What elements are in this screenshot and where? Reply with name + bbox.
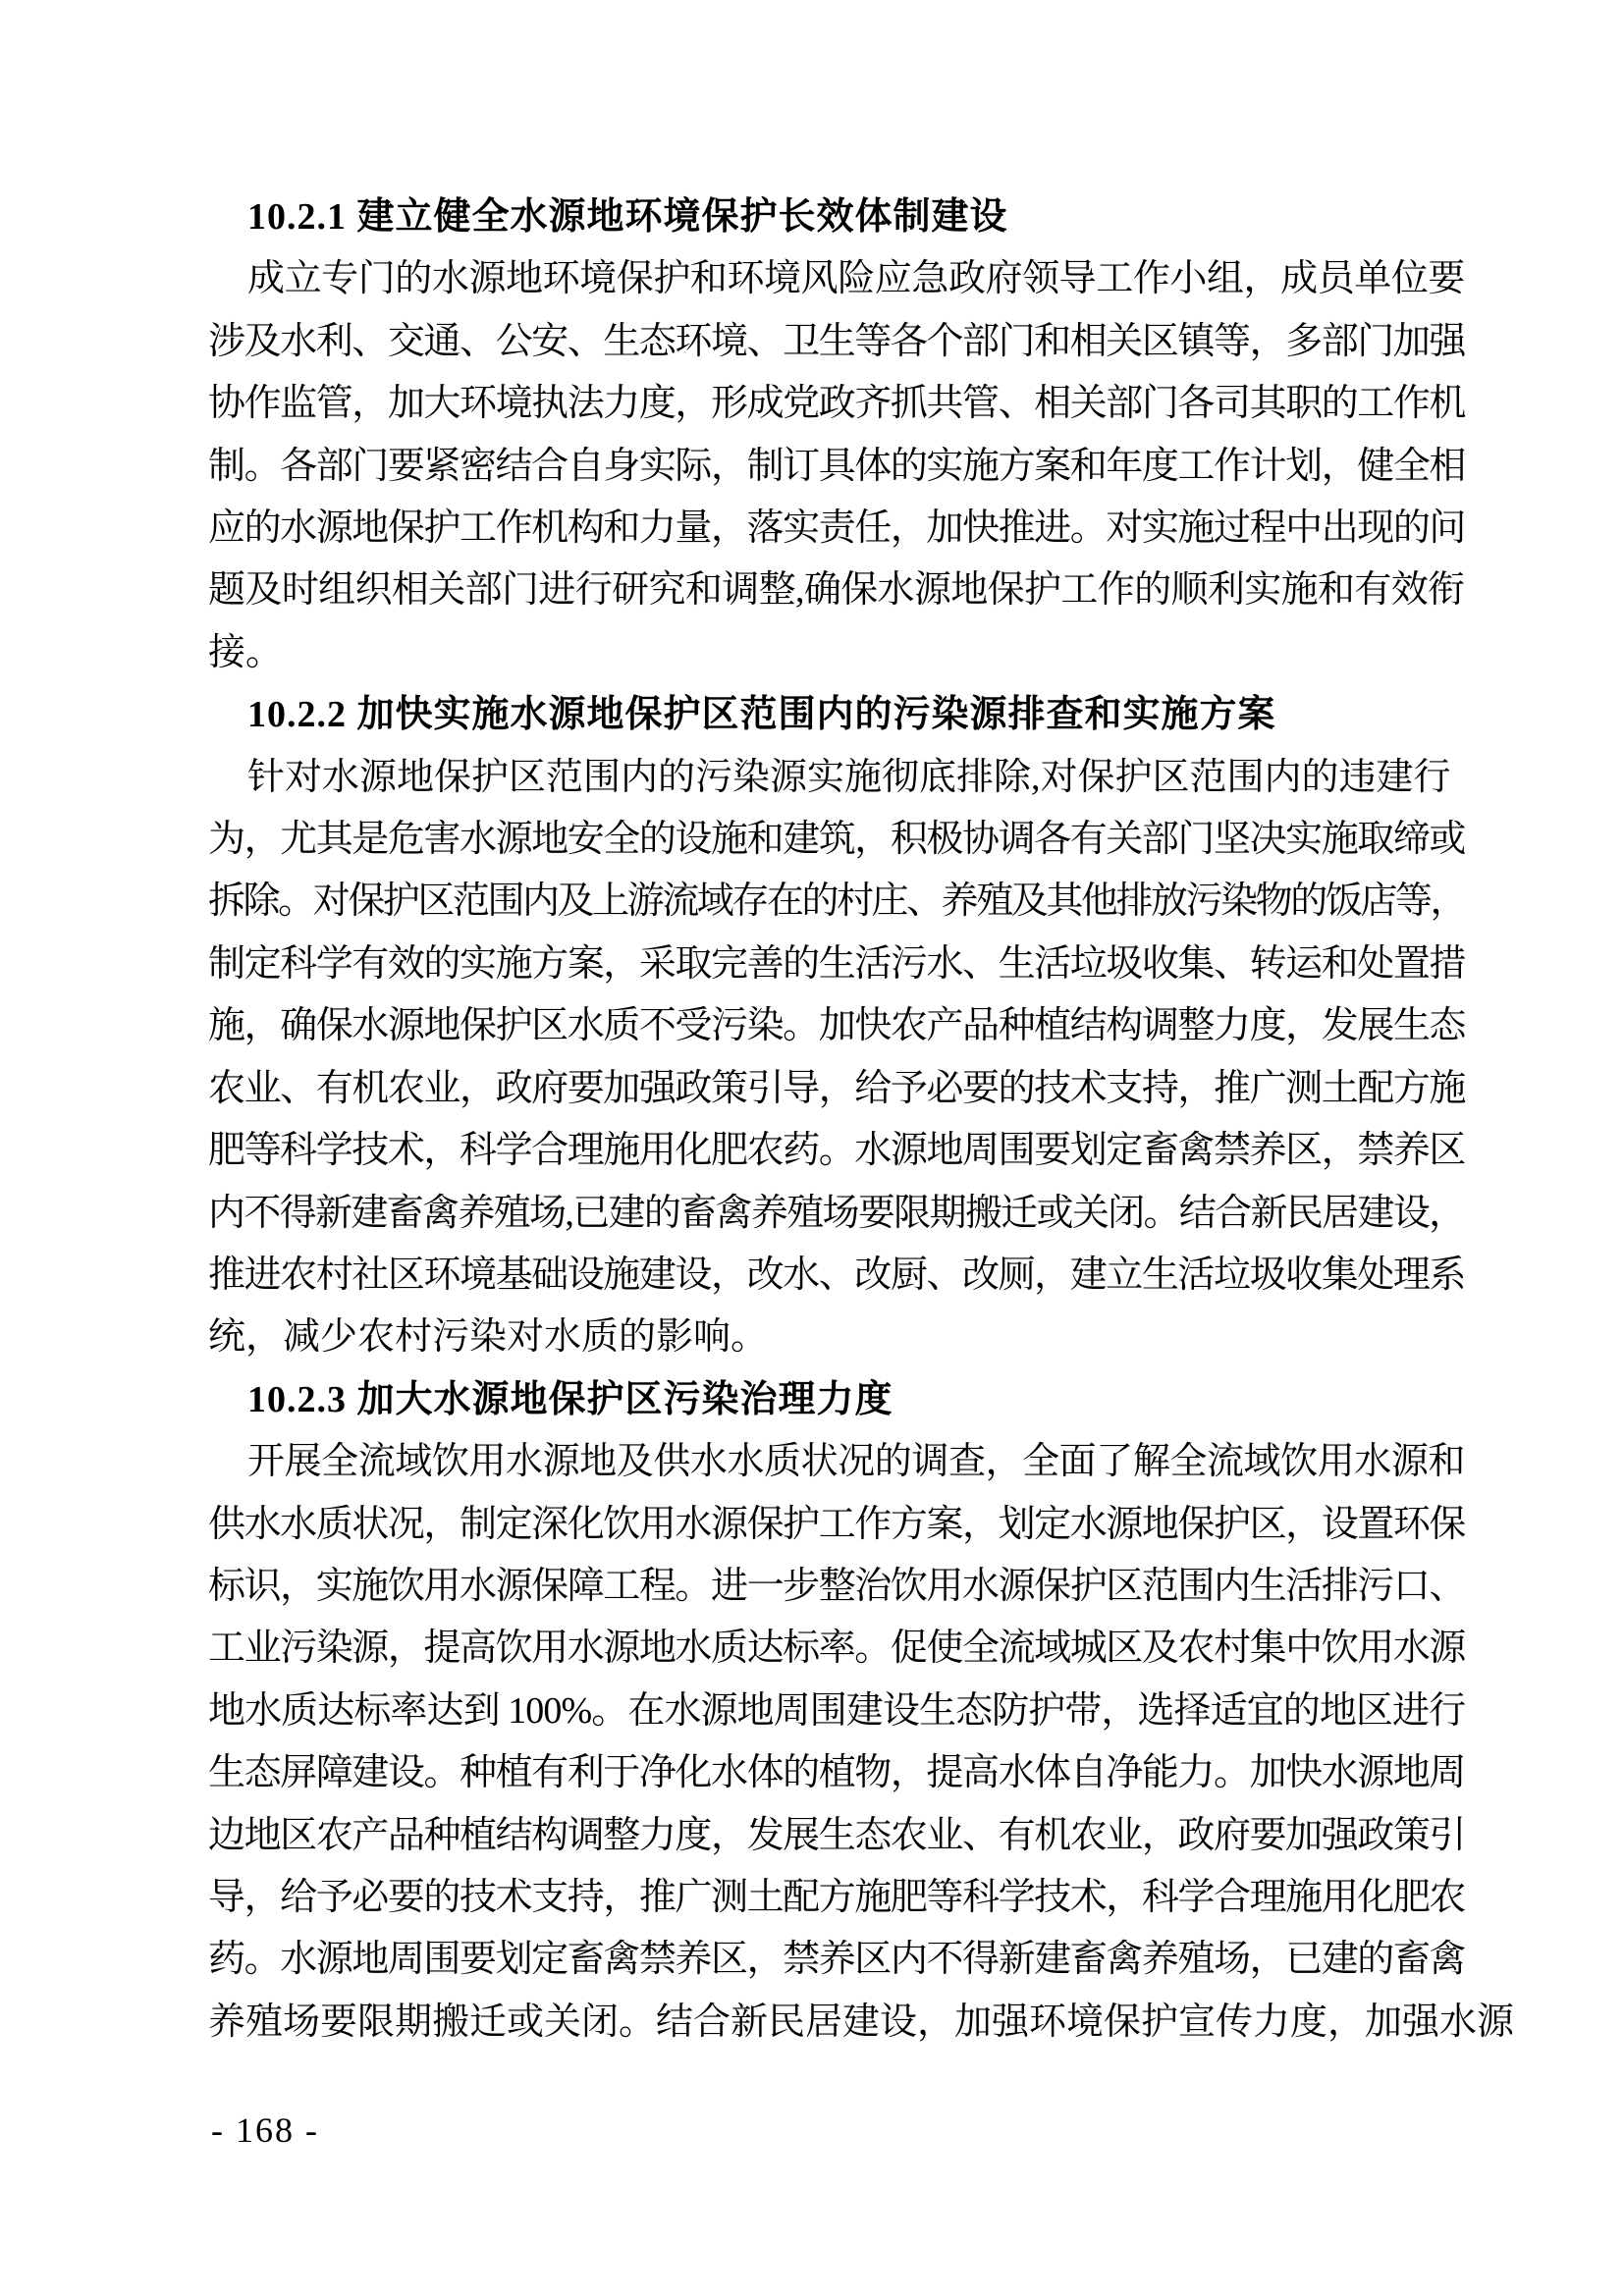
page-number: - 168 -	[211, 2109, 319, 2152]
paragraph-line: 药。水源地周围要划定畜禽禁养区，禁养区内不得新建畜禽养殖场，已建的畜禽	[208, 1929, 1465, 1991]
section: 10.2.2 加快实施水源地保护区范围内的污染源排查和实施方案 针对水源地保护区…	[208, 684, 1465, 1368]
paragraph-line: 标识，实施饮用水源保障工程。进一步整治饮用水源保护区范围内生活排污口、	[208, 1556, 1465, 1618]
paragraph-line: 制。各部门要紧密结合自身实际，制订具体的实施方案和年度工作计划，健全相	[208, 436, 1465, 498]
paragraph-line: 边地区农产品种植结构调整力度，发展生态农业、有机农业，政府要加强政策引	[208, 1805, 1465, 1867]
paragraph-line: 供水水质状况，制定深化饮用水源保护工作方案，划定水源地保护区，设置环保	[208, 1494, 1465, 1556]
section: 10.2.3 加大水源地保护区污染治理力度 开展全流域饮用水源地及供水水质状况的…	[208, 1369, 1465, 2054]
section: 10.2.1 建立健全水源地环境保护长效体制建设 成立专门的水源地环境保护和环境…	[208, 187, 1465, 684]
paragraph-line: 拆除。对保护区范围内及上游流域存在的村庄、养殖及其他排放污染物的饭店等，	[208, 871, 1465, 933]
section-heading: 10.2.3 加大水源地保护区污染治理力度	[208, 1369, 1465, 1431]
paragraph-line: 应的水源地保护工作机构和力量，落实责任，加快推进。对实施过程中出现的问	[208, 498, 1465, 560]
section-lines: 针对水源地保护区范围内的污染源实施彻底排除,对保护区范围内的违建行为，尤其是危害…	[208, 747, 1465, 1369]
paragraph-line: 开展全流域饮用水源地及供水水质状况的调查，全面了解全流域饮用水源和	[208, 1431, 1465, 1493]
section-lines: 开展全流域饮用水源地及供水水质状况的调查，全面了解全流域饮用水源和供水水质状况，…	[208, 1431, 1465, 2054]
paragraph-line: 导，给予必要的技术支持，推广测土配方施肥等科学技术，科学合理施用化肥农	[208, 1867, 1465, 1929]
paragraph-line: 接。	[208, 622, 1465, 684]
section-heading: 10.2.2 加快实施水源地保护区范围内的污染源排查和实施方案	[208, 684, 1465, 746]
paragraph-line: 针对水源地保护区范围内的污染源实施彻底排除,对保护区范围内的违建行	[208, 747, 1465, 809]
paragraph-line: 统，减少农村污染对水质的影响。	[208, 1307, 1465, 1368]
paragraph-line: 制定科学有效的实施方案，采取完善的生活污水、生活垃圾收集、转运和处置措	[208, 934, 1465, 995]
paragraph-line: 题及时组织相关部门进行研究和调整,确保水源地保护工作的顺利实施和有效衔	[208, 560, 1465, 621]
paragraph-line: 生态屏障建设。种植有利于净化水体的植物，提高水体自净能力。加快水源地周	[208, 1742, 1465, 1804]
paragraph-line: 工业污染源，提高饮用水源地水质达标率。促使全流域城区及农村集中饮用水源	[208, 1618, 1465, 1680]
paragraph-line: 施，确保水源地保护区水质不受污染。加快农产品种植结构调整力度，发展生态	[208, 995, 1465, 1057]
paragraph-line: 内不得新建畜禽养殖场,已建的畜禽养殖场要限期搬迁或关闭。结合新民居建设，	[208, 1183, 1465, 1245]
paragraph-line: 推进农村社区环境基础设施建设，改水、改厨、改厕，建立生活垃圾收集处理系	[208, 1245, 1465, 1307]
paragraph-line: 地水质达标率达到 100%。在水源地周围建设生态防护带，选择适宜的地区进行	[208, 1681, 1465, 1742]
paragraph-line: 协作监管，加大环境执法力度，形成党政齐抓共管、相关部门各司其职的工作机	[208, 373, 1465, 435]
paragraph-line: 涉及水利、交通、公安、生态环境、卫生等各个部门和相关区镇等，多部门加强	[208, 311, 1465, 373]
paragraph-line: 肥等科学技术，科学合理施用化肥农药。水源地周围要划定畜禽禁养区，禁养区	[208, 1120, 1465, 1182]
document-page: 10.2.1 建立健全水源地环境保护长效体制建设 成立专门的水源地环境保护和环境…	[0, 0, 1624, 2296]
paragraph-line: 成立专门的水源地环境保护和环境风险应急政府领导工作小组，成员单位要	[208, 248, 1465, 310]
paragraph-line: 农业、有机农业，政府要加强政策引导，给予必要的技术支持，推广测土配方施	[208, 1058, 1465, 1120]
paragraph-line: 养殖场要限期搬迁或关闭。结合新民居建设，加强环境保护宣传力度，加强水源	[208, 1992, 1465, 2054]
paragraph-line: 为，尤其是危害水源地安全的设施和建筑，积极协调各有关部门坚决实施取缔或	[208, 809, 1465, 871]
document-body: 10.2.1 建立健全水源地环境保护长效体制建设 成立专门的水源地环境保护和环境…	[208, 187, 1465, 2054]
section-lines: 成立专门的水源地环境保护和环境风险应急政府领导工作小组，成员单位要涉及水利、交通…	[208, 248, 1465, 684]
section-heading: 10.2.1 建立健全水源地环境保护长效体制建设	[208, 187, 1465, 248]
